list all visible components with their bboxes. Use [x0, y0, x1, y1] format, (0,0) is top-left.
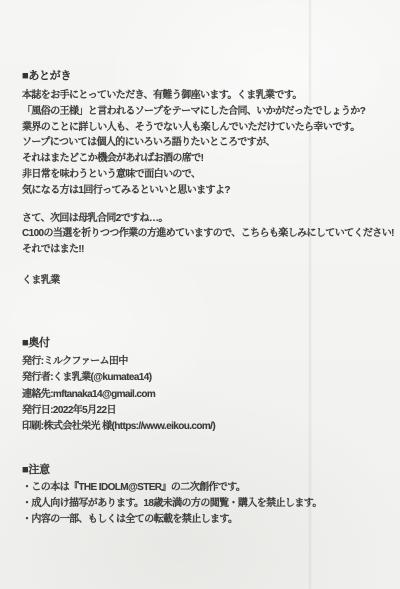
- notice-line: ・この本は『THE IDOLM@STER』の二次創作です。: [22, 480, 384, 496]
- afterword-paragraph-2: さて、次回は母乳合同2ですね…。 C100の当選を祈りつつ作業の方進めていますの…: [22, 211, 384, 258]
- scanned-afterword-page: ■あとがき 本誌をお手にとっていただき、有難う御座います。くま乳業です。 「風俗…: [0, 0, 400, 589]
- afterword-line: ソープについては個人的にいろいろ語りたいところですが、: [22, 135, 384, 151]
- afterword-section: ■あとがき 本誌をお手にとっていただき、有難う御座います。くま乳業です。 「風俗…: [22, 70, 384, 289]
- notice-section: ■注意 ・この本は『THE IDOLM@STER』の二次創作です。 ・成人向け描…: [22, 464, 384, 529]
- afterword-line: 気になる方は1回行ってみるといいと思いますよ?: [22, 183, 384, 199]
- afterword-line: さて、次回は母乳合同2ですね…。: [22, 211, 384, 227]
- colophon-section: ■奥付 発行:ミルクファーム田中 発行者:くま乳業(@kumatea14) 連絡…: [22, 337, 384, 435]
- colophon-date-line: 発行日:2022年5月22日: [22, 403, 384, 419]
- colophon-lines: 発行:ミルクファーム田中 発行者:くま乳業(@kumatea14) 連絡先:mf…: [22, 354, 384, 435]
- afterword-line: それではまた!!: [22, 242, 384, 258]
- notice-lines: ・この本は『THE IDOLM@STER』の二次創作です。 ・成人向け描写があり…: [22, 480, 384, 529]
- afterword-paragraph-1: 本誌をお手にとっていただき、有難う御座います。くま乳業です。 「風俗の王様」と言…: [22, 88, 384, 199]
- afterword-line: 非日常を味わうという意味で面白いので、: [22, 167, 384, 183]
- afterword-heading: ■あとがき: [22, 70, 384, 83]
- colophon-author-line: 発行者:くま乳業(@kumatea14): [22, 370, 384, 386]
- author-signature: くま乳業: [22, 273, 384, 289]
- afterword-line: 「風俗の王様」と言われるソープをテーマにした合同、いかがだったでしょうか?: [22, 104, 384, 120]
- colophon-contact-line: 連絡先:mftanaka14@gmail.com: [22, 387, 384, 403]
- afterword-line: 業界のことに詳しい人も、そうでない人も楽しんでいただけていたら幸いです。: [22, 120, 384, 136]
- notice-heading: ■注意: [22, 464, 384, 477]
- notice-line: ・内容の一部、もしくは全ての転載を禁止します。: [22, 512, 384, 528]
- notice-line: ・成人向け描写があります。18歳未満の方の閲覧・購入を禁止します。: [22, 496, 384, 512]
- colophon-heading: ■奥付: [22, 337, 384, 350]
- afterword-line: 本誌をお手にとっていただき、有難う御座います。くま乳業です。: [22, 88, 384, 104]
- colophon-publisher-line: 発行:ミルクファーム田中: [22, 354, 384, 370]
- colophon-printer-line: 印刷:株式会社栄光 様(https://www.eikou.com/): [22, 419, 384, 435]
- afterword-line: C100の当選を祈りつつ作業の方進めていますので、こちらも楽しみにしていてくださ…: [22, 226, 384, 242]
- afterword-line: それはまたどこか機会があればお酒の席で!: [22, 151, 384, 167]
